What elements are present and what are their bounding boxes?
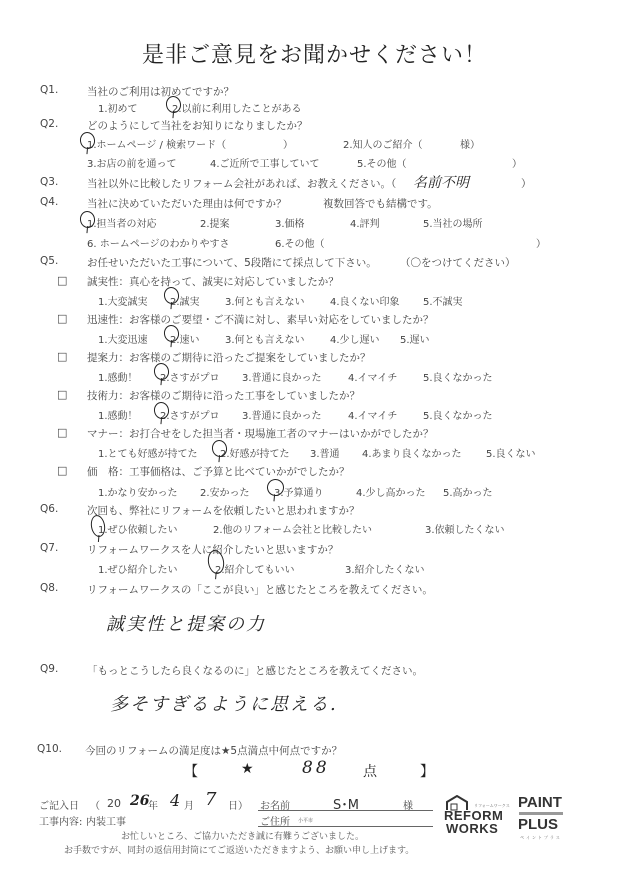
q5-item-1-option-1[interactable]: 1.大変誠実 <box>98 293 148 308</box>
q5-item-3-option-5[interactable]: 5.良くなかった <box>423 369 493 384</box>
q9-answer: 多そすぎるように思える. <box>110 690 338 716</box>
q5-item-2-option-1[interactable]: 1.大変迅速 <box>98 331 148 346</box>
q5-item-2-label: 迅速性：お客様のご要望・ご不満に対し、素早い対応をしていましたか？ <box>87 312 434 327</box>
paint-plus-logo: PAINT PLUS ペイントプラス <box>518 795 588 845</box>
q5-item-2-option-3[interactable]: 3.何とも言えない <box>225 331 305 346</box>
q4-option-5[interactable]: 5.当社の場所 <box>423 215 483 230</box>
work-value: 内装工事 <box>86 813 126 828</box>
q5-item-4-option-4[interactable]: 4.イマイチ <box>348 407 397 422</box>
q4-text: 当社に決めていただいた理由は何ですか？ <box>87 196 287 211</box>
q5-item-2-checkbox[interactable]: □ <box>57 312 67 325</box>
q10-text: 今回のリフォームの満足度は★5点満点中何点ですか？ <box>85 743 342 758</box>
q7-number: Q7. <box>40 542 58 554</box>
q4-option-6[interactable]: 6. ホームページのわかりやすさ <box>87 235 230 250</box>
q4-note: 複数回答でも結構です。 <box>323 196 438 211</box>
q2-option-1-close: ） <box>283 136 293 151</box>
q5-item-2-option-4[interactable]: 4.少し遅い <box>330 331 380 346</box>
q1-option-1[interactable]: 1.初めて <box>98 100 138 115</box>
address-value: 小平市 <box>298 817 313 824</box>
q8-answer: 誠実性と提案の力 <box>106 610 266 636</box>
q6-option-3[interactable]: 3.依頼したくない <box>425 521 505 536</box>
date-open-paren: （ <box>90 797 100 812</box>
q2-number: Q2. <box>40 118 58 130</box>
q3-close: ） <box>521 176 532 191</box>
q4-option-4[interactable]: 4.評判 <box>350 215 380 230</box>
q4-number: Q4. <box>40 196 58 208</box>
q10-number: Q10. <box>37 743 62 755</box>
date-label: ご記入日 <box>39 797 79 812</box>
name-underline <box>258 810 433 811</box>
q5-item-4-option-5[interactable]: 5.良くなかった <box>423 407 493 422</box>
q6-text: 次回も、弊社にリフォームを依頼したいと思われますか？ <box>87 503 359 518</box>
q2-text: どのようにして当社をお知りになりましたか？ <box>87 118 308 133</box>
q10-unit: 点 <box>363 761 377 781</box>
brush-stroke <box>519 812 563 815</box>
q5-item-1-option-4[interactable]: 4.良くない印象 <box>330 293 400 308</box>
q5-item-6-option-4[interactable]: 4.少し高かった <box>356 484 426 499</box>
date-year-unit: 年 <box>148 797 158 812</box>
q5-item-1-option-5[interactable]: 5.不誠実 <box>423 293 463 308</box>
q4-option-other-close: ） <box>536 235 546 250</box>
q6-option-1[interactable]: 1.ぜひ依頼したい <box>98 521 178 536</box>
q8-text: リフォームワークスの「ここが良い」と感じたところを教えてください。 <box>87 582 433 597</box>
date-month-unit: 月 <box>184 797 194 812</box>
q4-option-1[interactable]: 1.担当者の対応 <box>87 215 157 230</box>
q3-answer: 名前不明 <box>413 172 469 192</box>
q2-option-5-close: ） <box>512 155 522 170</box>
q5-item-6-option-2[interactable]: 2.安かった <box>200 484 250 499</box>
q2-option-2-close: 様） <box>460 136 480 151</box>
date-month: 4 <box>170 791 180 810</box>
q5-item-2-option-5[interactable]: 5.遅い <box>400 331 430 346</box>
date-day: 7 <box>205 789 216 810</box>
q5-item-3-option-1[interactable]: 1.感動！ <box>98 369 138 384</box>
date-day-unit: 日） <box>228 797 248 812</box>
q6-option-2[interactable]: 2.他のリフォーム会社と比較したい <box>213 521 372 536</box>
address-underline <box>258 826 433 827</box>
q2-option-2[interactable]: 2.知人のご紹介（ <box>343 136 423 151</box>
q3-text: 当社以外に比較したリフォーム会社があれば、お教えください。（ <box>87 176 396 191</box>
q4-option-3[interactable]: 3.価格 <box>275 215 305 230</box>
thanks-line-2: お手数ですが、同封の返信用封筒にてご返送いただきますよう、お願い申し上げます。 <box>64 843 414 856</box>
date-year-suffix: 26 <box>130 793 149 809</box>
q5-item-5-checkbox[interactable]: □ <box>57 426 67 439</box>
q5-item-6-option-5[interactable]: 5.高かった <box>443 484 493 499</box>
q5-item-5-option-1[interactable]: 1.とても好感が持てた <box>98 445 198 460</box>
q5-item-6-checkbox[interactable]: □ <box>57 464 67 477</box>
q10-score: 88 <box>302 758 330 778</box>
q5-note: （〇をつけてください） <box>400 255 516 270</box>
q5-item-4-option-1[interactable]: 1.感動！ <box>98 407 138 422</box>
q6-number: Q6. <box>40 503 58 515</box>
q1-number: Q1. <box>40 84 58 96</box>
q1-text: 当社のご利用は初めてですか？ <box>87 84 234 99</box>
q5-item-5-label: マナー：お打合せをした担当者・現場施工者のマナーはいかがでしたか？ <box>87 426 434 441</box>
q5-text: お任せいただいた工事について、5段階にて採点して下さい。 <box>87 255 377 270</box>
q5-item-6-label: 価 格：工事価格は、ご予算と比べていかがでしたか？ <box>87 464 350 479</box>
q2-option-3[interactable]: 3.お店の前を通って <box>87 155 177 170</box>
reform-works-logo: リフォームワークス REFORM WORKS <box>444 795 514 837</box>
q9-number: Q9. <box>40 663 58 675</box>
q8-number: Q8. <box>40 582 58 594</box>
q5-item-1-label: 誠実性：真心を持って、誠実に対応していましたか？ <box>87 274 339 289</box>
date-year-prefix: 20 <box>107 797 121 810</box>
q5-item-5-option-5[interactable]: 5.良くない <box>486 445 536 460</box>
q5-item-3-option-3[interactable]: 3.普通に良かった <box>242 369 322 384</box>
q2-option-5[interactable]: 5.その他（ <box>357 155 407 170</box>
q4-option-other[interactable]: 6.その他（ <box>275 235 325 250</box>
page-title: 是非ご意見をお聞かせください！ <box>142 38 487 69</box>
q5-item-1-option-3[interactable]: 3.何とも言えない <box>225 293 305 308</box>
q5-item-3-checkbox[interactable]: □ <box>57 350 67 363</box>
q5-item-5-option-3[interactable]: 3.普通 <box>310 445 340 460</box>
q2-option-1[interactable]: 1.ホームページ / 検索ワード（ <box>87 136 226 151</box>
q5-item-5-option-2[interactable]: 2.好感が持てた <box>220 445 290 460</box>
q7-option-3[interactable]: 3.紹介したくない <box>345 561 425 576</box>
q4-option-2[interactable]: 2.提案 <box>200 215 230 230</box>
q9-text: 「もっとこうしたら良くなるのに」と感じたところを教えてください。 <box>87 663 423 678</box>
work-label: 工事内容: <box>39 813 82 828</box>
q2-option-4[interactable]: 4.ご近所で工事していて <box>210 155 320 170</box>
q5-item-3-label: 提案力：お客様のご期待に沿ったご提案をしていましたか？ <box>87 350 371 365</box>
q5-item-4-option-3[interactable]: 3.普通に良かった <box>242 407 322 422</box>
q5-item-4-label: 技術力：お客様のご期待に沿った工事をしていましたか？ <box>87 388 360 403</box>
q5-item-3-option-4[interactable]: 4.イマイチ <box>348 369 397 384</box>
q10-bracket-open: 【 <box>184 761 198 781</box>
q5-item-5-option-4[interactable]: 4.あまり良くなかった <box>362 445 462 460</box>
q7-option-1[interactable]: 1.ぜひ紹介したい <box>98 561 178 576</box>
star-icon: ★ <box>241 761 254 777</box>
q3-number: Q3. <box>40 176 58 188</box>
q1-option-2[interactable]: 2.以前に利用したことがある <box>172 100 302 115</box>
thanks-line-1: お忙しいところ、ご協力いただき誠に有難うございました。 <box>121 829 364 842</box>
q5-item-6-option-1[interactable]: 1.かなり安かった <box>98 484 178 499</box>
q5-number: Q5. <box>40 255 58 267</box>
q5-item-4-checkbox[interactable]: □ <box>57 388 67 401</box>
q5-item-1-checkbox[interactable]: □ <box>57 274 67 287</box>
q7-option-2[interactable]: 2.紹介してもいい <box>215 561 295 576</box>
q10-bracket-close: 】 <box>420 761 434 781</box>
